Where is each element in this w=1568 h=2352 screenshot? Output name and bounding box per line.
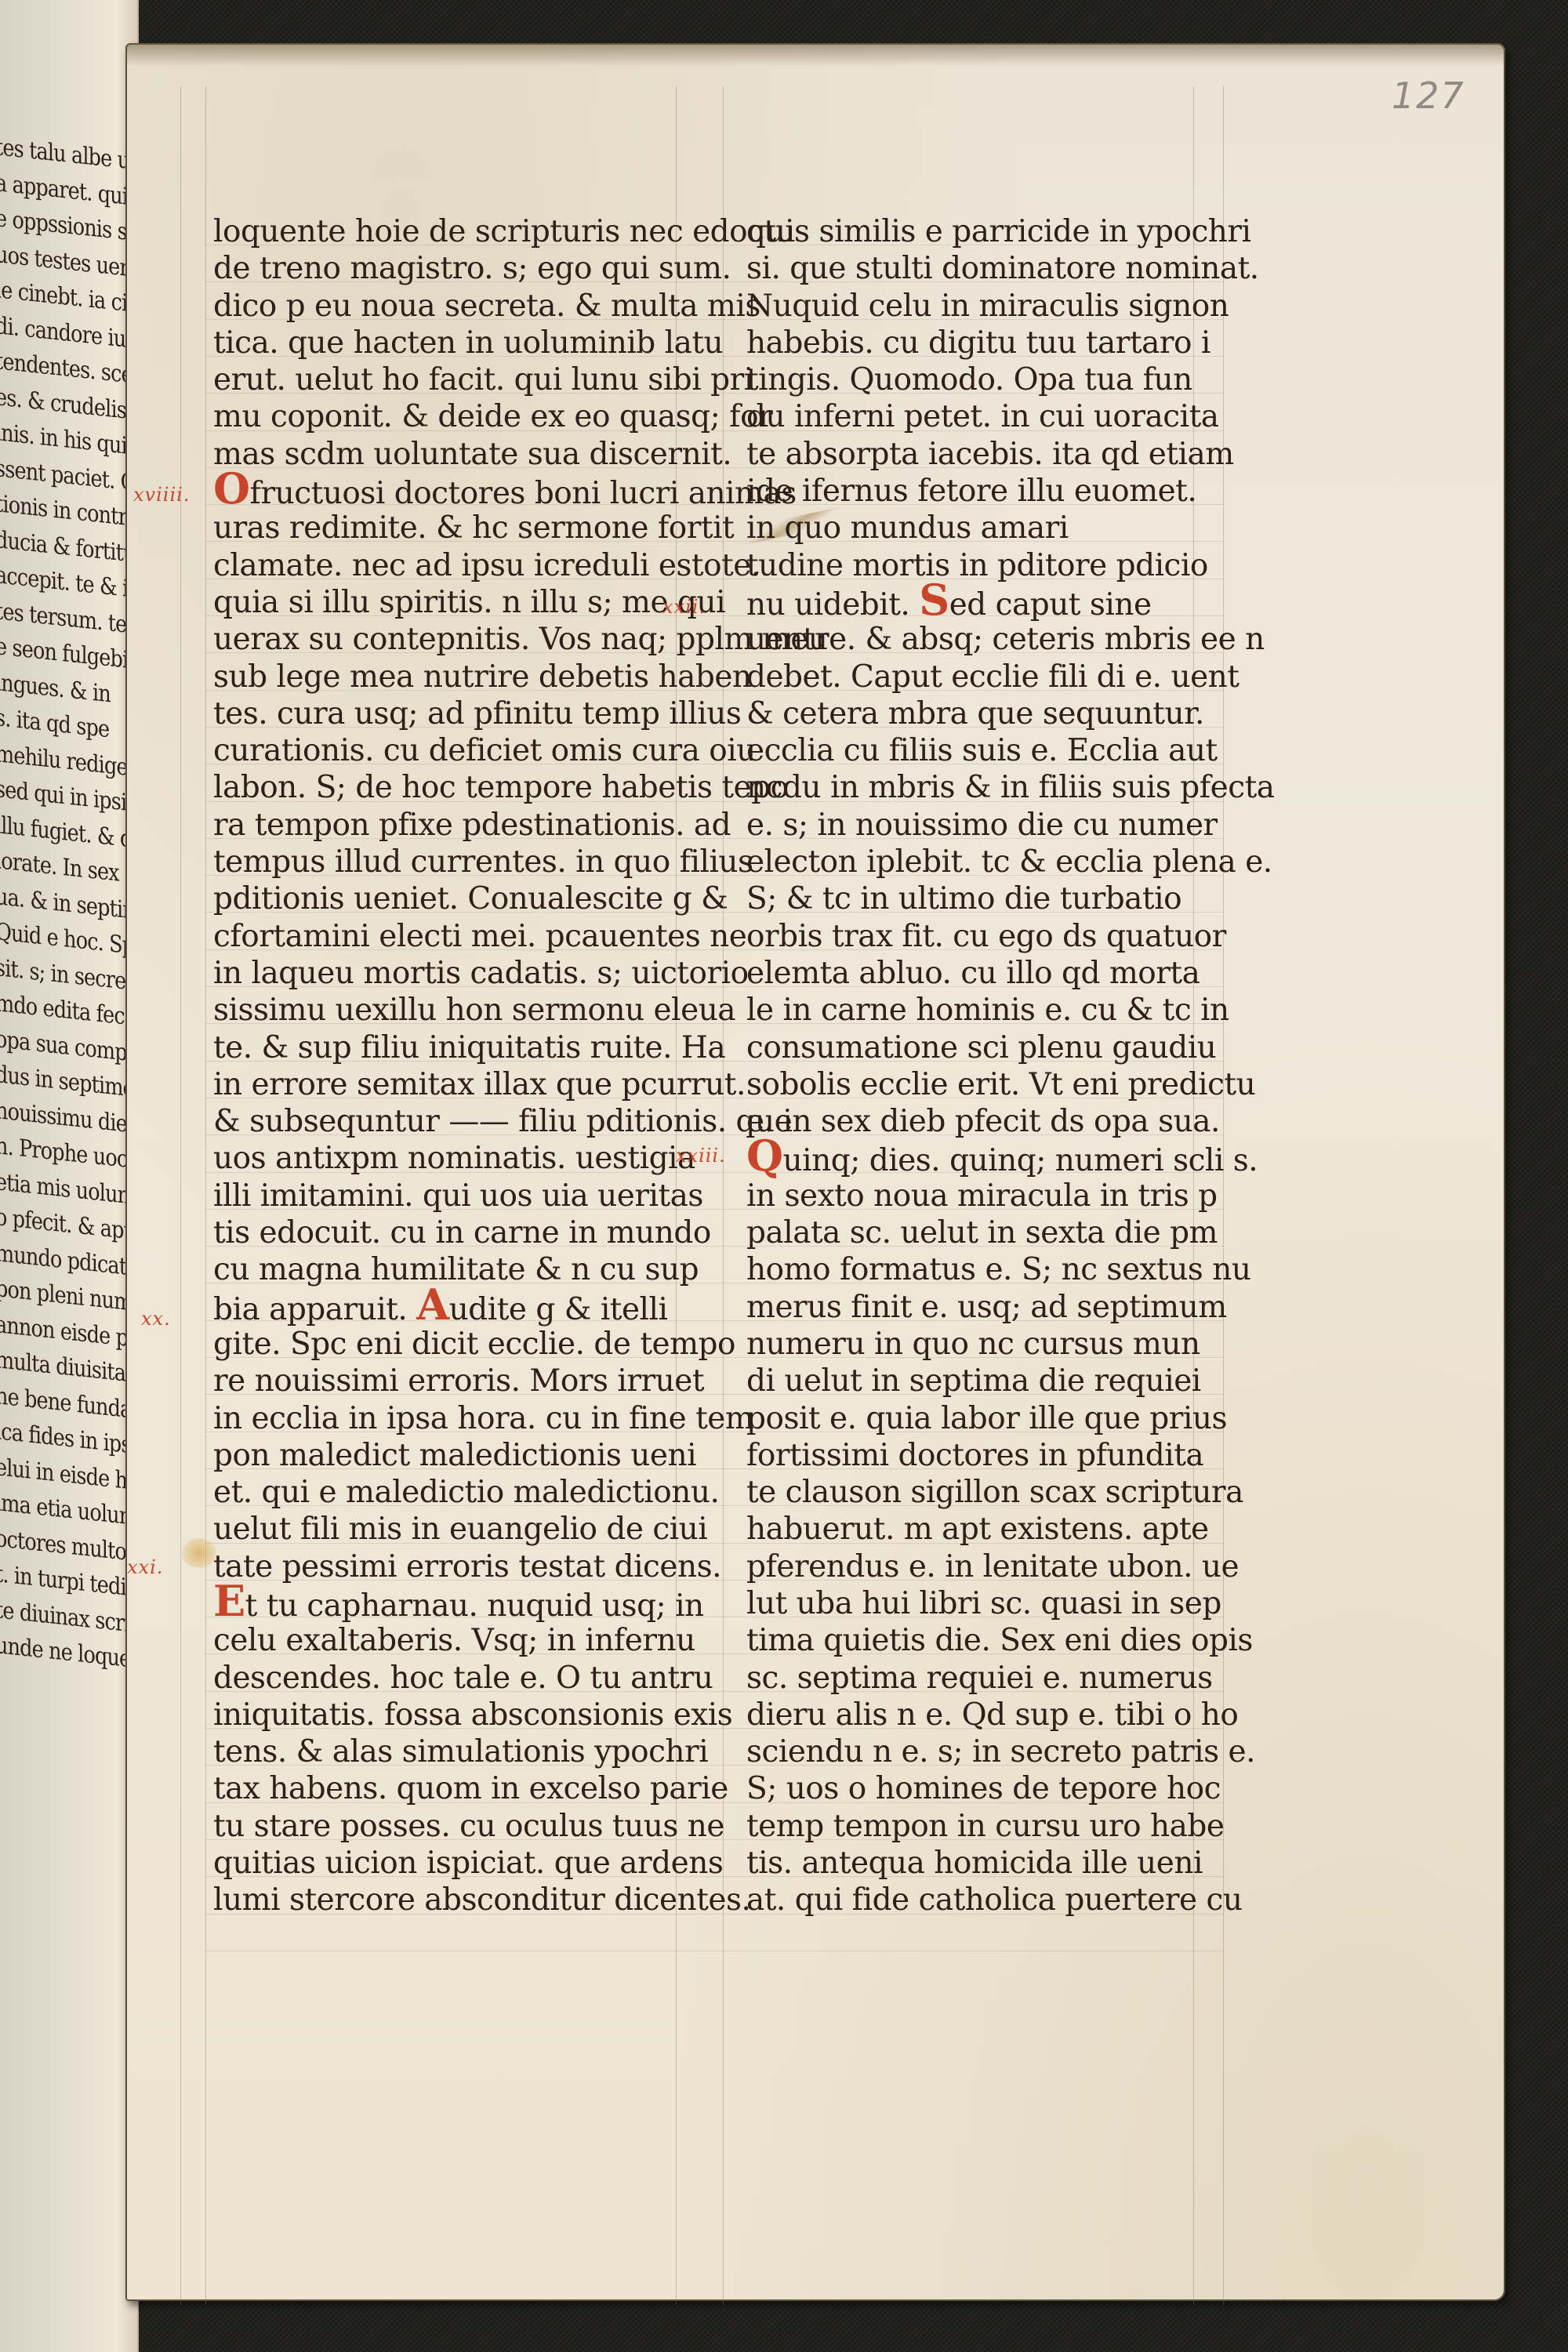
text-line: e. s; in nouissimo die cu numer xyxy=(746,807,1232,844)
text-line: ncdu in mbris & in filiis suis pfecta xyxy=(746,769,1232,806)
text-line: de treno magistro. s; ego qui sum. xyxy=(213,250,684,287)
rubricated-initial: E xyxy=(213,1576,245,1626)
text-line: nu uidebit. Sed caput sine xyxy=(746,584,1232,621)
text-line: S; uos o homines de tepore hoc xyxy=(746,1770,1232,1807)
text-line: tis. antequa homicida ille ueni xyxy=(746,1845,1232,1882)
text-line: tica. que hacten in uoluminib latu xyxy=(213,325,684,361)
text-line: lumi stercore absconditur dicentes. xyxy=(213,1882,684,1918)
text-line: celu exaltaberis. Vsq; in infernu xyxy=(213,1622,684,1659)
text-line: & subsequntur —— filiu pditionis. que xyxy=(213,1103,684,1140)
text-line: in errore semitax illax que pcurrut. xyxy=(213,1066,684,1103)
text-line: in ecclia in ipsa hora. cu in fine tem xyxy=(213,1400,684,1437)
text-line: uerax su contepnitis. Vos naq; pplm meu xyxy=(213,621,684,658)
text-line: ra tempon pfixe pdestinationis. ad xyxy=(213,807,684,844)
leaf-top-edge xyxy=(125,43,1505,67)
text-line: tingis. Quomodo. Opa tua fun xyxy=(746,361,1232,398)
text-line: S; & tc in ultimo die turbatio xyxy=(746,880,1232,917)
rubric-numeral: xxiii. xyxy=(676,1145,726,1167)
text-line: merus finit e. usq; ad septimum xyxy=(746,1289,1232,1326)
text-line: uos antixpm nominatis. uestigia xyxy=(213,1140,684,1177)
text-line: tate pessimi erroris testat dicens. xyxy=(213,1548,684,1585)
text-line: si. que stulti dominatore nominat. xyxy=(746,250,1232,287)
text-line: ide ifernus fetore illu euomet. xyxy=(746,473,1232,510)
text-line: habuerut. m apt existens. apte xyxy=(746,1511,1232,1548)
text-line: homo formatus e. S; nc sextus nu xyxy=(746,1251,1232,1288)
text-line-content: uinq; dies. quinq; numeri scli s. xyxy=(783,1143,1258,1178)
text-line: lut uba hui libri sc. quasi in sep xyxy=(746,1585,1232,1622)
text-line: pferendus e. in lenitate ubon. ue xyxy=(746,1548,1232,1585)
rubricated-initial: O xyxy=(213,463,250,514)
text-line: re nouissimi erroris. Mors irruet xyxy=(213,1363,684,1399)
text-line: descendes. hoc tale e. O tu antru xyxy=(213,1660,684,1697)
text-line: tax habens. quom in excelso parie xyxy=(213,1770,684,1807)
text-line: elemta abluo. cu illo qd morta xyxy=(746,955,1232,992)
text-line: tu stare posses. cu oculus tuus ne xyxy=(213,1808,684,1845)
text-line: Nuquid celu in miraculis signon xyxy=(746,288,1232,325)
text-line: electon iplebit. tc & ecclia plena e. xyxy=(746,844,1232,880)
left-text-column: loquente hoie de scripturis nec edoctude… xyxy=(213,213,684,1919)
text-line: uelut fili mis in euangelio de ciui xyxy=(213,1511,684,1548)
ruling-line xyxy=(205,86,206,2305)
text-line: iniquitatis. fossa absconsionis exis xyxy=(213,1697,684,1733)
text-line-content: fructuosi doctores boni lucri animas xyxy=(250,476,797,511)
text-line: tima quietis die. Sex eni dies opis xyxy=(746,1622,1232,1659)
text-line: tis edocuit. cu in carne in mundo xyxy=(213,1214,684,1251)
rubricated-initial: A xyxy=(416,1279,448,1330)
text-line: fortissimi doctores in pfundita xyxy=(746,1437,1232,1474)
text-line: Ofructuosi doctores boni lucri animas xyxy=(213,473,684,510)
text-line: bia apparuit. Audite g & itelli xyxy=(213,1289,684,1326)
text-line: temp tempon in cursu uro habe xyxy=(746,1808,1232,1845)
rubricated-initial: S xyxy=(919,575,949,625)
text-line: te absorpta iacebis. ita qd etiam xyxy=(746,436,1232,473)
rubric-numeral: xxii. xyxy=(662,596,706,618)
rubric-numeral: xx. xyxy=(141,1308,171,1330)
verso-text: tes talu albe uidena apparet. quia cu la… xyxy=(0,129,136,1664)
text-line: tens. & alas simulationis ypochri xyxy=(213,1733,684,1770)
verso-page-edge: tes talu albe uidena apparet. quia cu la… xyxy=(0,0,139,2352)
text-line: labon. S; de hoc tempore habetis tepo xyxy=(213,769,684,806)
text-line: Et tu capharnau. nuquid usq; in xyxy=(213,1585,684,1622)
text-line: ecclia cu filiis suis e. Ecclia aut xyxy=(746,732,1232,769)
text-line: mu coponit. & deide ex eo quasq; for xyxy=(213,398,684,435)
text-line: du inferni petet. in cui uoracita xyxy=(746,398,1232,435)
text-line: cfortamini electi mei. pcauentes ne xyxy=(213,918,684,955)
text-line: uras redimite. & hc sermone fortit xyxy=(213,510,684,546)
text-line: sissimu uexillu hon sermonu eleua xyxy=(213,992,684,1029)
text-line: e. in sex dieb pfecit ds opa sua. xyxy=(746,1103,1232,1140)
text-line: loquente hoie de scripturis nec edoctu xyxy=(213,213,684,250)
text-line-content: ed caput sine xyxy=(949,587,1152,622)
text-line: consumatione sci plenu gaudiu xyxy=(746,1029,1232,1066)
text-line: sobolis ecclie erit. Vt eni predictu xyxy=(746,1066,1232,1103)
text-line: curationis. cu deficiet omis cura oiu xyxy=(213,732,684,769)
text-line: palata sc. uelut in sexta die pm xyxy=(746,1214,1232,1251)
text-line: numeru in quo nc cursus mun xyxy=(746,1326,1232,1363)
text-line: sciendu n e. s; in secreto patris e. xyxy=(746,1733,1232,1770)
text-line: le in carne hominis e. cu & tc in xyxy=(746,992,1232,1029)
text-line: in laqueu mortis cadatis. s; uictorio xyxy=(213,955,684,992)
text-line: orbis trax fit. cu ego ds quatuor xyxy=(746,918,1232,955)
text-line: posit e. quia labor ille que prius xyxy=(746,1400,1232,1437)
text-line: dico p eu noua secreta. & multa mis xyxy=(213,288,684,325)
rubricated-initial: Q xyxy=(746,1131,783,1181)
text-line: tes. cura usq; ad pfinitu temp illius xyxy=(213,695,684,732)
text-line: clamate. nec ad ipsu icreduli estote. xyxy=(213,547,684,584)
rubric-numeral: xviiii. xyxy=(133,484,190,506)
text-line: quia si illu spiritis. n illu s; me qui xyxy=(213,584,684,621)
text-line: at. qui fide catholica puertere cu xyxy=(746,1882,1232,1918)
ruling-line xyxy=(180,86,181,2305)
text-line: illi imitamini. qui uos uia ueritas xyxy=(213,1178,684,1214)
text-line: pon maledict maledictionis ueni xyxy=(213,1437,684,1474)
text-line: & cetera mbra que sequuntur. xyxy=(746,695,1232,732)
text-line: tempus illud currentes. in quo filius xyxy=(213,844,684,880)
text-line: te clauson sigillon scax scriptura xyxy=(746,1474,1232,1511)
wax-stain xyxy=(182,1538,216,1568)
text-line: habebis. cu digitu tuu tartaro i xyxy=(746,325,1232,361)
ruling-line xyxy=(205,1951,1223,1951)
text-line: in sexto noua miracula in tris p xyxy=(746,1178,1232,1214)
text-line: pditionis ueniet. Conualescite g & xyxy=(213,880,684,917)
text-line-content: t tu capharnau. nuquid usq; in xyxy=(245,1588,704,1624)
text-line: quitias uicion ispiciat. que ardens xyxy=(213,1845,684,1882)
rubric-numeral: xxi. xyxy=(127,1556,163,1578)
text-line: di uelut in septima die requiei xyxy=(746,1363,1232,1399)
text-line: te. & sup filiu iniquitatis ruite. Ha xyxy=(213,1029,684,1066)
folio-number: 127 xyxy=(1392,74,1465,117)
text-line: sub lege mea nutrire debetis haben xyxy=(213,659,684,695)
text-line: sc. septima requiei e. numerus xyxy=(746,1660,1232,1697)
text-line: uentre. & absq; ceteris mbris ee n xyxy=(746,621,1232,658)
text-line: in quo mundus amari xyxy=(746,510,1232,546)
text-line: erut. uelut ho facit. qui lunu sibi pri xyxy=(213,361,684,398)
text-line: gite. Spc eni dicit ecclie. de tempo xyxy=(213,1326,684,1363)
text-line-content: udite g & itelli xyxy=(449,1292,668,1327)
text-line: tudine mortis in pditore pdicio xyxy=(746,547,1232,584)
text-line: Quinq; dies. quinq; numeri scli s. xyxy=(746,1140,1232,1177)
text-line: dieru alis n e. Qd sup e. tibi o ho xyxy=(746,1697,1232,1733)
text-line: quis similis e parricide in ypochri xyxy=(746,213,1232,250)
text-line: mas scdm uoluntate sua discernit. xyxy=(213,436,684,473)
right-text-column: quis similis e parricide in ypochrisi. q… xyxy=(746,213,1232,1919)
text-line: debet. Caput ecclie fili di e. uent xyxy=(746,659,1232,695)
text-line: et. qui e maledictio maledictionu. xyxy=(213,1474,684,1511)
